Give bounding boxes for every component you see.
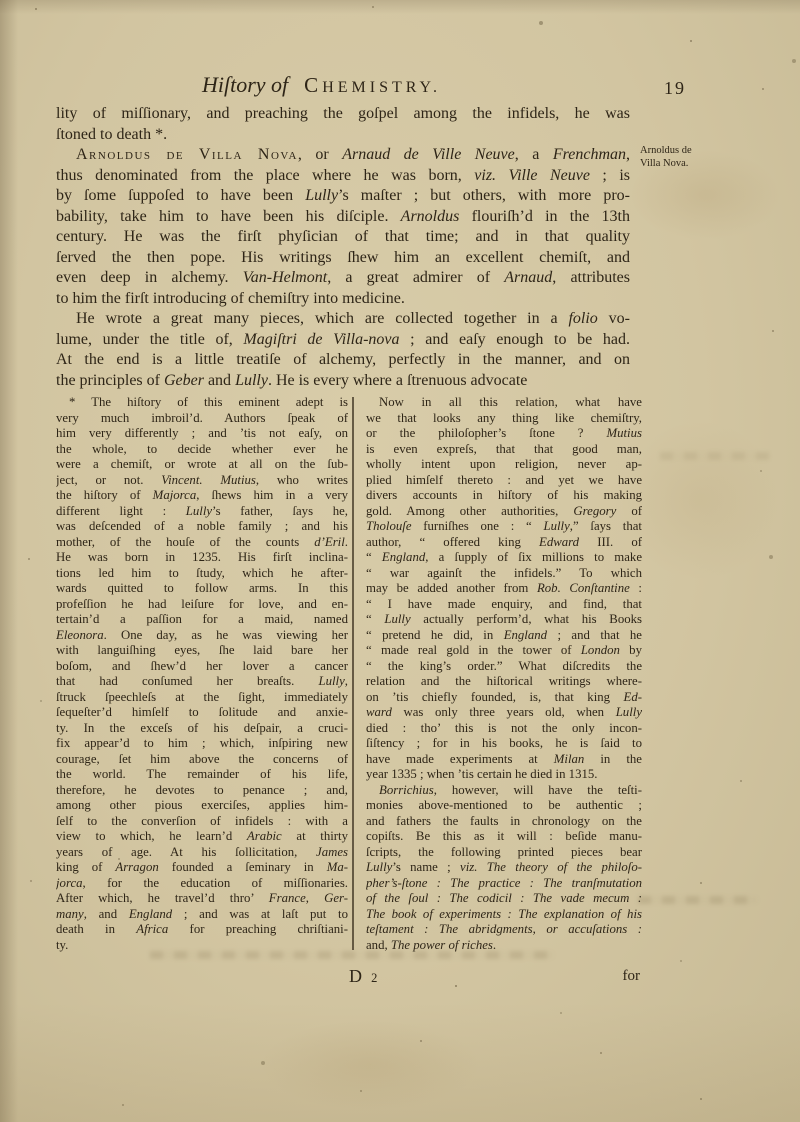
text-line: very much imbroil’d. Authors ſpeak of — [56, 411, 348, 427]
text-line: pher’s-ſtone : The practice : The tranſm… — [366, 876, 642, 892]
text-line: king of Arragon founded a ſeminary in Ma… — [56, 860, 348, 876]
text-line: even deep in alchemy. Van-Helmont, a gre… — [56, 268, 630, 289]
text-line: ſerved the then pope. His writings ſhew … — [56, 248, 630, 269]
text-line: the hiſtory of Majorca, ſhews him in a v… — [56, 488, 348, 504]
text-line: gold. Among other authorities, Gregory o… — [366, 504, 642, 520]
margin-note-line: Villa Nova. — [640, 158, 724, 171]
text-line: we that looks any thing like chemiſtry, — [366, 411, 642, 427]
text-line: profeſſion he had leiſure for love, and … — [56, 597, 348, 613]
text-line: may be added another from Rob. Conſtanti… — [366, 581, 642, 597]
text-line: by ſome ſuppoſed to have been Lully’s ma… — [56, 186, 630, 207]
paper-stain — [620, 420, 780, 580]
text-line: Lully’s name ; viz. The theory of the ph… — [366, 860, 642, 876]
text-line: Arnoldus de Villa Nova, or Arnaud de Vil… — [56, 145, 630, 166]
text-line: many, and England ; and was at laſt put … — [56, 907, 348, 923]
text-line: divers accounts in hiſtory of his making — [366, 488, 642, 504]
text-line: died : tho’ this is not the only incon- — [366, 721, 642, 737]
page-bottom-shade — [0, 1002, 800, 1122]
text-line: lity of miſſionary, and preaching the go… — [56, 104, 630, 125]
text-line: was deſcended of a noble family ; and hi… — [56, 519, 348, 535]
text-line: fix appear’d to him ; which, inſpiring n… — [56, 736, 348, 752]
text-line: * The hiſtory of this eminent adept is — [56, 395, 348, 411]
text-line: Now in all this relation, what have — [366, 395, 642, 411]
text-line: with languiſhing eyes, ſhe laid bare her — [56, 643, 348, 659]
text-line: ſtoned to death *. — [56, 125, 630, 146]
text-line: ſiſtency ; for in his books, he is ſaid … — [366, 736, 642, 752]
text-line: to him the firſt introducing of chemiſtr… — [56, 289, 630, 310]
text-line: tertain’d a paſſion for a maid, named — [56, 612, 348, 628]
text-line: view to which, he learn’d Arabic at thir… — [56, 829, 348, 845]
text-line: of the ſoul : The codicil : The vade mec… — [366, 891, 642, 907]
body-text: lity of miſſionary, and preaching the go… — [56, 104, 630, 391]
text-line: ward was only three years old, when Lull… — [366, 705, 642, 721]
text-line: relation and the hiſtorical writings whe… — [366, 674, 642, 690]
book-page: Hiſtory of CHEMISTRY. 19 Arnoldus deVill… — [0, 0, 800, 1122]
margin-note-line: Arnoldus de — [640, 145, 724, 158]
text-line: monies above-mentioned to be authentic ; — [366, 798, 642, 814]
text-line: century. He was the firſt phyſician of t… — [56, 227, 630, 248]
text-line: copiſts. Be this as it will : beſide man… — [366, 829, 642, 845]
text-line: “ England, a ſupply of ſix millions to m… — [366, 550, 642, 566]
text-line: death in Africa for preaching chriſtiani… — [56, 922, 348, 938]
text-line: ty. — [56, 938, 348, 954]
text-line: ty. In the exceſs of his deſpair, a cruc… — [56, 721, 348, 737]
text-line: ſequeſter’d himſelf to ſolitude and anxi… — [56, 705, 348, 721]
page-number: 19 — [664, 78, 686, 99]
text-line: were a chemiſt, or wrote at all on the ſ… — [56, 457, 348, 473]
text-line: the principles of Geber and Lully. He is… — [56, 371, 630, 392]
footnote-column-right: Now in all this relation, what havewe th… — [366, 395, 642, 953]
text-line: the world. The remainder of his life, — [56, 767, 348, 783]
text-line: “ made real gold in the tower of London … — [366, 643, 642, 659]
footnote-column-left: * The hiſtory of this eminent adept isve… — [56, 395, 348, 953]
text-line: ſelf to the converſion of infidels : wit… — [56, 814, 348, 830]
text-line: plied himſelf thereto : and yet we have — [366, 473, 642, 489]
running-title-italic: Hiſtory of — [202, 72, 288, 97]
catchword: for — [540, 968, 640, 985]
footnotes: * The hiſtory of this eminent adept isve… — [56, 395, 642, 955]
text-line: Borrichius, however, will have the teſti… — [366, 783, 642, 799]
ink-bleed-through — [638, 896, 758, 904]
text-line: or the philoſopher’s ſtone ? Mutius — [366, 426, 642, 442]
text-line: different light : Lully’s father, ſays h… — [56, 504, 348, 520]
text-line: tions led him to ſtudy, which he after- — [56, 566, 348, 582]
margin-note: Arnoldus deVilla Nova. — [640, 145, 724, 170]
text-line: The book of experiments : The explanatio… — [366, 907, 642, 923]
text-line: and, The power of riches. — [366, 938, 642, 954]
text-line: ſtruck ſpeechleſs at the ſight, immediat… — [56, 690, 348, 706]
text-line: that had conſumed her breaſts. Lully, — [56, 674, 348, 690]
text-line: He wrote a great many pieces, which are … — [56, 309, 630, 330]
text-line: him very differently ; and ’tis not eaſy… — [56, 426, 348, 442]
text-line: “ war againſt the infidels.” To which — [366, 566, 642, 582]
text-line: author, “ offered king Edward III. of — [366, 535, 642, 551]
text-line: among other pious exerciſes, applies him… — [56, 798, 348, 814]
text-line: lume, under the title of, Magiſtri de Vi… — [56, 330, 630, 351]
text-line: wards quitted to follow arms. In this — [56, 581, 348, 597]
text-line: and fathers the faults in chronology on … — [366, 814, 642, 830]
text-line: courage, ſet him above the concerns of — [56, 752, 348, 768]
text-line: jorca, for the education of miſſionaries… — [56, 876, 348, 892]
text-line: Eleonora. One day, as he was viewing her — [56, 628, 348, 644]
page-gutter-shadow — [0, 0, 18, 1122]
text-line: “ Lully actually perform’d, what his Boo… — [366, 612, 642, 628]
text-line: thus denominated from the place where he… — [56, 166, 630, 187]
text-line: ject, or not. Vincent. Mutius, who write… — [56, 473, 348, 489]
paper-speckles — [0, 0, 2, 2]
text-line: teſtament : The abridgments, or accuſati… — [366, 922, 642, 938]
running-title: Hiſtory of CHEMISTRY. — [202, 72, 441, 98]
text-line: year 1335 ; when ’tis certain he died in… — [366, 767, 642, 783]
signature-mark: D 2 — [349, 966, 380, 987]
page-top-shadow — [0, 0, 800, 14]
text-line: on ’tis chiefly founded, is, that king E… — [366, 690, 642, 706]
text-line: bability, take him to have been his diſc… — [56, 207, 630, 228]
text-line: have made experiments at Milan in the — [366, 752, 642, 768]
text-line: After which, he travel’d thro’ France, G… — [56, 891, 348, 907]
text-line: mother, of the houſe of the counts d’Eri… — [56, 535, 348, 551]
text-line: years of age. At his ſollicitation, Jame… — [56, 845, 348, 861]
text-line: ſcripts, the following printed pieces be… — [366, 845, 642, 861]
footnote-column-divider — [352, 397, 354, 950]
ink-bleed-through — [660, 452, 770, 460]
text-line: boſom, and ſhew’d her lover a cancer — [56, 659, 348, 675]
text-line: He was born in 1235. His firſt inclina- — [56, 550, 348, 566]
text-line: “ the king’s order.” What diſcredits the — [366, 659, 642, 675]
text-line: “ pretend he did, in England ; and that … — [366, 628, 642, 644]
text-line: the whole, to decide whether ever he — [56, 442, 348, 458]
text-line: At the end is a little treatiſe of alche… — [56, 350, 630, 371]
text-line: therefore, he devotes to penance ; and, — [56, 783, 348, 799]
text-line: Tholouſe furniſhes one : “ Lully,” ſays … — [366, 519, 642, 535]
text-line: is even expreſs, that that good man, — [366, 442, 642, 458]
running-title-caps: CHEMISTRY. — [304, 73, 441, 98]
text-line: “ I have made enquiry, and find, that — [366, 597, 642, 613]
text-line: wholly intent upon religion, never ap- — [366, 457, 642, 473]
